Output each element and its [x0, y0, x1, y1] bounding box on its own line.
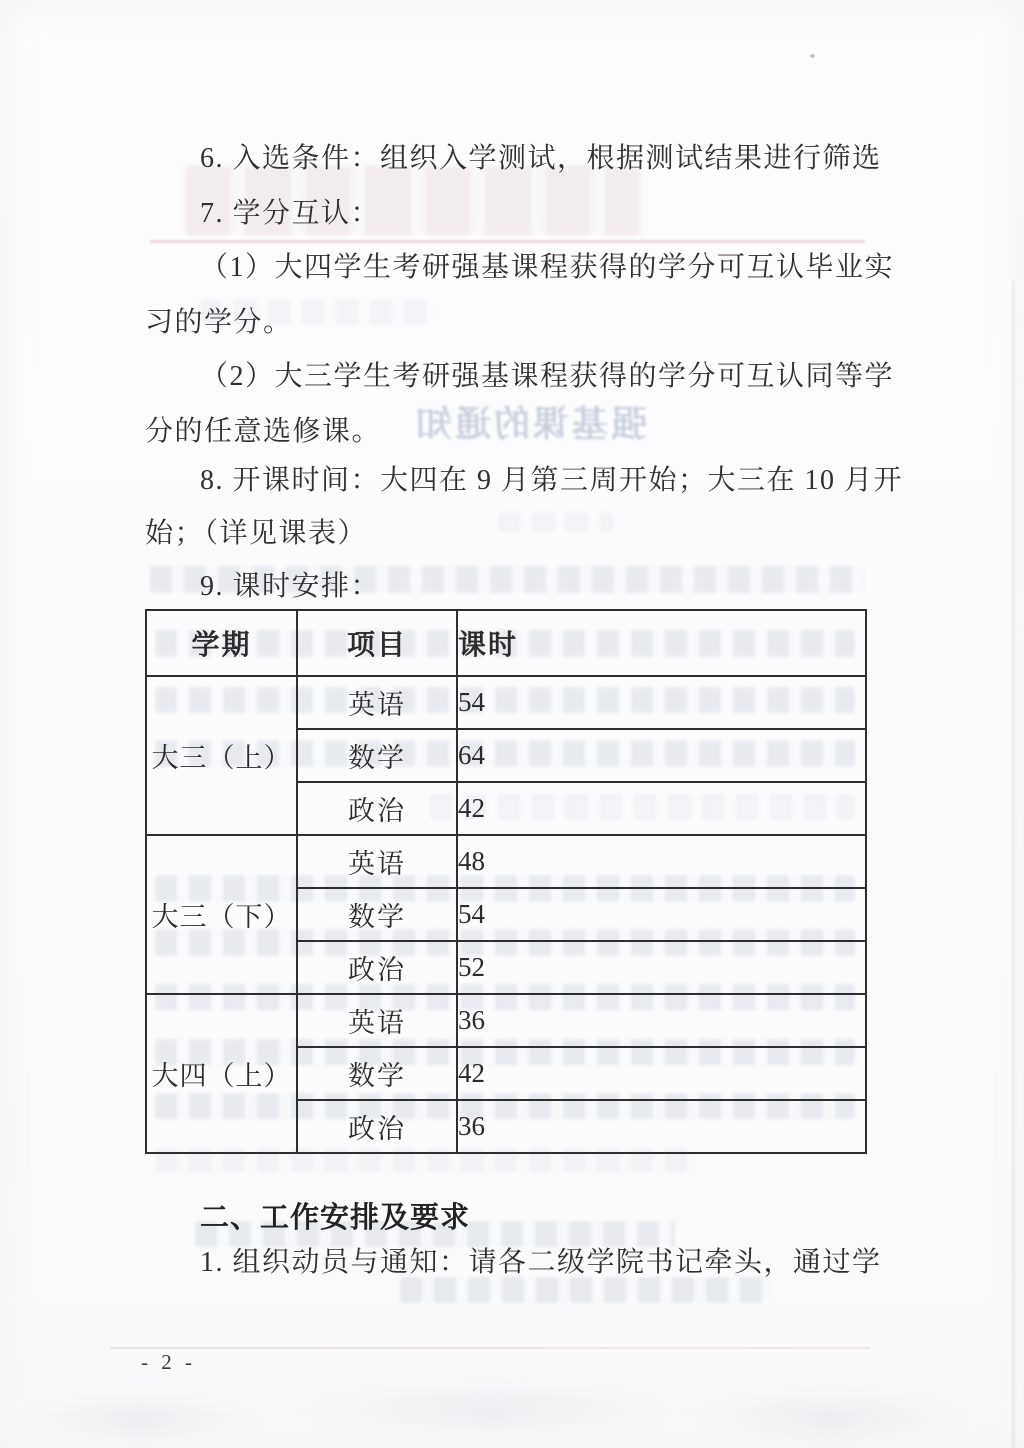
hours-cell: 52: [457, 941, 866, 994]
scan-edge-streak-artifact: [1012, 280, 1015, 1448]
semester-cell: 大三（下）: [146, 835, 297, 994]
subject-cell: 数学: [297, 1047, 457, 1100]
table-row: 大三（上） 英语 54: [146, 676, 866, 729]
course-hours-table: 学期 项目 课时 大三（上） 英语 54 数学 64 政治 42 大三（下） 英…: [145, 609, 867, 1154]
hours-cell: 48: [457, 835, 866, 888]
para-credit-item1-line2: 习的学分。: [145, 306, 293, 340]
hours-cell: 42: [457, 782, 866, 835]
para-entry-conditions: 6. 入选条件：组织入学测试，根据测试结果进行筛选: [200, 142, 882, 176]
semester-cell: 大三（上）: [146, 676, 297, 835]
bleed-through-red-rule-artifact: [150, 240, 865, 243]
subject-cell: 政治: [297, 941, 457, 994]
scan-fold-line-artifact: [110, 1347, 870, 1349]
bleed-through-artifact: [498, 512, 613, 532]
subject-cell: 英语: [297, 994, 457, 1047]
bleed-through-mirrored-text: 强基课的通知: [413, 396, 647, 447]
subject-cell: 政治: [297, 782, 457, 835]
bleed-through-artifact: [400, 1277, 770, 1303]
table-row: 大四（上） 英语 36: [146, 994, 866, 1047]
subject-cell: 数学: [297, 888, 457, 941]
para-credit-item2-line2: 分的任意选修课。: [145, 415, 381, 449]
para-credit-item2-line1: （2）大三学生考研强基课程获得的学分可互认同等学: [200, 360, 894, 394]
page-number: - 2 -: [141, 1350, 196, 1375]
subject-cell: 数学: [297, 729, 457, 782]
section2-heading: 二、工作安排及要求: [200, 1195, 470, 1236]
table-header-row: 学期 项目 课时: [146, 610, 866, 676]
hours-cell: 42: [457, 1047, 866, 1100]
hours-cell: 36: [457, 994, 866, 1047]
para-start-time-line1: 8. 开课时间：大四在 9 月第三周开始；大三在 10 月开: [200, 464, 903, 498]
subject-cell: 政治: [297, 1100, 457, 1153]
scan-smudge-artifact: [10, 1392, 270, 1444]
para-start-time-line2: 始；（详见课表）: [145, 517, 367, 551]
col-header-semester: 学期: [146, 610, 297, 676]
subject-cell: 英语: [297, 835, 457, 888]
hours-cell: 54: [457, 888, 866, 941]
hours-cell: 36: [457, 1100, 866, 1153]
scan-speck-artifact: [810, 54, 815, 58]
scan-smudge-artifact: [280, 1380, 700, 1438]
table-row: 大三（下） 英语 48: [146, 835, 866, 888]
hours-cell: 64: [457, 729, 866, 782]
scan-smudge-artifact: [680, 1386, 980, 1446]
semester-cell: 大四（上）: [146, 994, 297, 1153]
scanned-document-page: 强基课的通知 6. 入选条件：组织入学测试，根据测试结果进行筛选 7. 学分互认…: [0, 0, 1024, 1448]
subject-cell: 英语: [297, 676, 457, 729]
col-header-subject: 项目: [297, 610, 457, 676]
col-header-hours: 课时: [457, 610, 866, 676]
section2-item1: 1. 组织动员与通知：请各二级学院书记牵头，通过学: [200, 1246, 882, 1280]
para-credit-item1-line1: （1）大四学生考研强基课程获得的学分可互认毕业实: [200, 251, 894, 285]
para-credit-recognition: 7. 学分互认：: [200, 197, 380, 231]
hours-cell: 54: [457, 676, 866, 729]
para-hours-arrangement: 9. 课时安排：: [200, 570, 380, 604]
